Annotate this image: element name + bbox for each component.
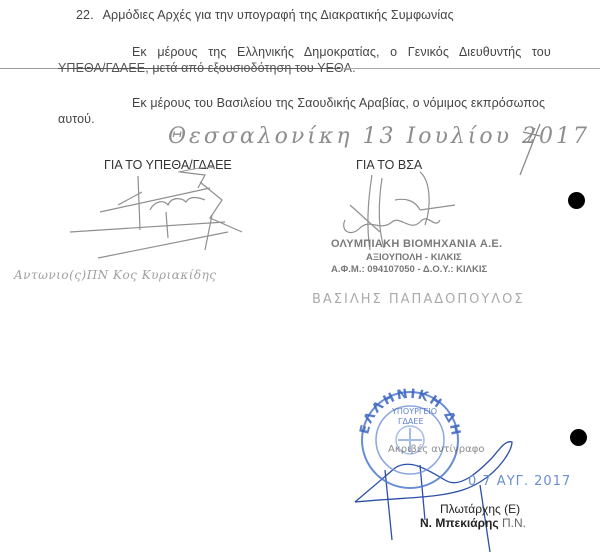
seal-inner-line-2: ΓΔΑΕΕ xyxy=(398,417,424,426)
handwritten-name-right: ΒΑΣΙΛΗΣ ΠΑΠΑΔΟΠΟΥΛΟΣ xyxy=(312,292,525,307)
stamp-date: 0 7 ΑΥΓ. 2017 xyxy=(468,474,571,489)
seal-inner-line-1: ΥΠΟΥΡΓΕΙΟ xyxy=(391,407,437,416)
handwritten-name-left: Αντωνιο(ς)ΠΝ Κος Κυριακίδης xyxy=(14,268,217,282)
company-stamp-name: ΟΛΥΜΠΙΑΚΗ ΒΙΟΜΗΧΑΝΙΑ Α.Ε. xyxy=(331,238,502,250)
company-stamp-tax-info: Α.Φ.Μ.: 094107050 - Δ.Ο.Υ.: ΚΙΛΚΙΣ xyxy=(331,264,487,275)
officer-name: Ν. Μπεκιάρης Π.Ν. xyxy=(420,516,526,530)
svg-text:ΕΛΛΗΝΙΚΗ ΔΗΜΟΚΡΑΤΙΑ: ΕΛΛΗΝΙΚΗ ΔΗΜΟΚΡΑΤΙΑ xyxy=(0,0,463,438)
officer-suffix: Π.Ν. xyxy=(502,516,526,530)
seal-ring-text: ΕΛΛΗΝΙΚΗ ΔΗΜΟΚΡΑΤΙΑ xyxy=(0,0,463,438)
company-stamp-location: ΑΞΙΟΥΠΟΛΗ - ΚΙΛΚΙΣ xyxy=(366,252,462,263)
officer-rank: Πλωτάρχης (Ε) xyxy=(440,502,520,516)
punch-hole-top xyxy=(568,192,585,209)
punch-hole-bottom xyxy=(570,429,587,446)
blue-pen-signature xyxy=(355,442,512,552)
seal-overprint: Ακριβές αντίγραφο xyxy=(388,443,484,455)
officer-name-text: Ν. Μπεκιάρης xyxy=(420,516,499,530)
date-flourish xyxy=(520,124,540,175)
left-signature xyxy=(70,172,242,258)
